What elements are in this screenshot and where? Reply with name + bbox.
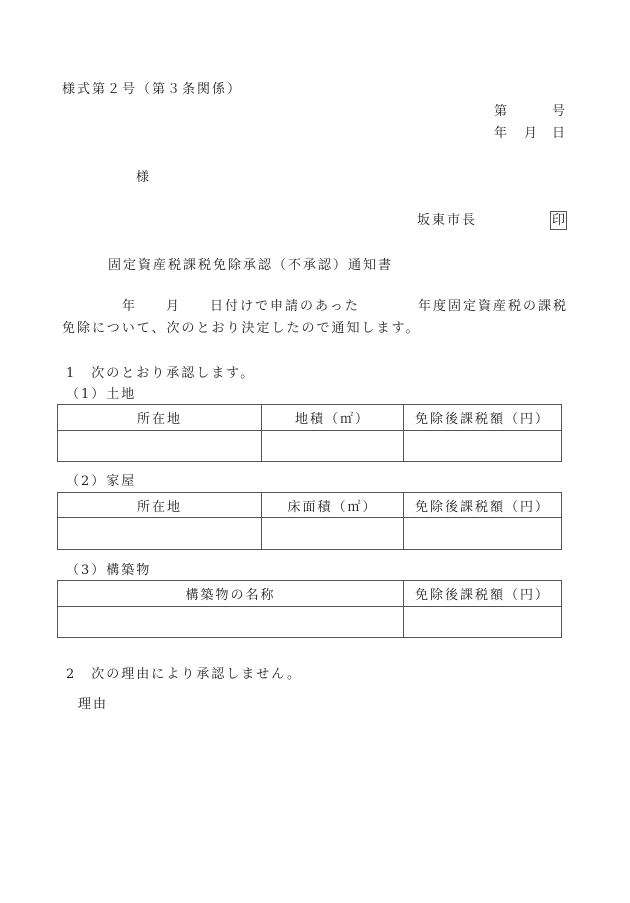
addressee-suffix: 様 bbox=[136, 170, 151, 186]
cell-structure-name[interactable] bbox=[58, 607, 404, 638]
date-year: 年 bbox=[494, 126, 509, 142]
table-row bbox=[58, 518, 562, 550]
document-title: 固定資産税課税免除承認（不承認）通知書 bbox=[108, 258, 393, 274]
table-header-row: 所在地 地積（㎡） 免除後課税額（円） bbox=[58, 405, 562, 431]
header-tax-amount: 免除後課税額（円） bbox=[404, 493, 562, 518]
section2-heading: 2 次の理由により承認しません。 bbox=[66, 667, 302, 683]
structure-label: （3）構築物 bbox=[66, 563, 151, 579]
structure-table: 構築物の名称 免除後課税額（円） bbox=[57, 580, 562, 638]
land-label: （1）土地 bbox=[66, 387, 136, 403]
body-line1-end: 年度固定資産税の課税 bbox=[418, 299, 568, 315]
form-label: 様式第２号（第３条関係） bbox=[62, 82, 242, 98]
cell-location[interactable] bbox=[58, 431, 262, 462]
doc-number-prefix: 第 bbox=[494, 104, 509, 120]
header-tax-amount: 免除後課税額（円） bbox=[404, 581, 562, 607]
land-table: 所在地 地積（㎡） 免除後課税額（円） bbox=[57, 404, 562, 462]
body-month: 月 bbox=[166, 299, 181, 315]
table-header-row: 所在地 床面積（㎡） 免除後課税額（円） bbox=[58, 493, 562, 518]
body-line2: 免除について、次のとおり決定したので通知します。 bbox=[62, 321, 420, 337]
cell-floor-area[interactable] bbox=[262, 518, 404, 550]
house-table: 所在地 床面積（㎡） 免除後課税額（円） bbox=[57, 492, 562, 550]
table-row bbox=[58, 607, 562, 638]
section1-heading: 1 次のとおり承認します。 bbox=[66, 366, 255, 382]
date-day: 日 bbox=[552, 126, 567, 142]
date-month: 月 bbox=[524, 126, 539, 142]
body-year: 年 bbox=[122, 299, 137, 315]
cell-tax-amount[interactable] bbox=[404, 607, 562, 638]
header-tax-amount: 免除後課税額（円） bbox=[404, 405, 562, 431]
header-structure-name: 構築物の名称 bbox=[58, 581, 404, 607]
issuer-name: 坂東市長 bbox=[417, 213, 477, 229]
header-floor-area: 床面積（㎡） bbox=[262, 493, 404, 518]
cell-tax-amount[interactable] bbox=[404, 518, 562, 550]
header-location: 所在地 bbox=[58, 493, 262, 518]
header-area: 地積（㎡） bbox=[262, 405, 404, 431]
header-location: 所在地 bbox=[58, 405, 262, 431]
cell-tax-amount[interactable] bbox=[404, 431, 562, 462]
body-mid: 日付けで申請のあった bbox=[210, 299, 360, 315]
reason-label: 理由 bbox=[78, 697, 108, 713]
doc-number-suffix: 号 bbox=[552, 104, 567, 120]
house-label: （2）家屋 bbox=[66, 474, 136, 490]
seal-box: 印 bbox=[550, 211, 567, 230]
cell-location[interactable] bbox=[58, 518, 262, 550]
table-row bbox=[58, 431, 562, 462]
table-header-row: 構築物の名称 免除後課税額（円） bbox=[58, 581, 562, 607]
cell-area[interactable] bbox=[262, 431, 404, 462]
